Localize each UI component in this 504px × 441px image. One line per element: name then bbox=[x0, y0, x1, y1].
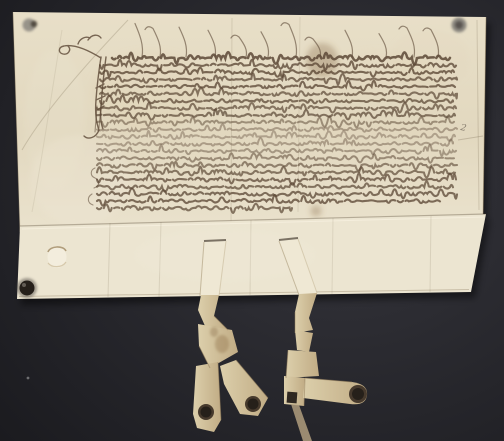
plica-hole bbox=[48, 246, 67, 268]
dust-speck bbox=[27, 377, 30, 380]
right-tail-knot bbox=[286, 350, 319, 378]
left-tail-leg-a bbox=[193, 362, 221, 432]
hole-top-right bbox=[452, 18, 467, 33]
wax-trace-right-b bbox=[349, 385, 367, 403]
tail-stain bbox=[215, 335, 229, 353]
charter-photo-canvas: 2 bbox=[0, 0, 504, 441]
wax-spot-left-plica bbox=[17, 278, 37, 298]
plica-slit bbox=[204, 240, 226, 241]
wax-trace-left-a bbox=[198, 404, 214, 420]
plica-fold bbox=[17, 214, 486, 299]
wax-trace-right-a bbox=[287, 392, 298, 404]
small-stain bbox=[311, 206, 322, 217]
charter-photo: 2 bbox=[0, 0, 504, 441]
wax-trace-left-b bbox=[245, 396, 261, 412]
